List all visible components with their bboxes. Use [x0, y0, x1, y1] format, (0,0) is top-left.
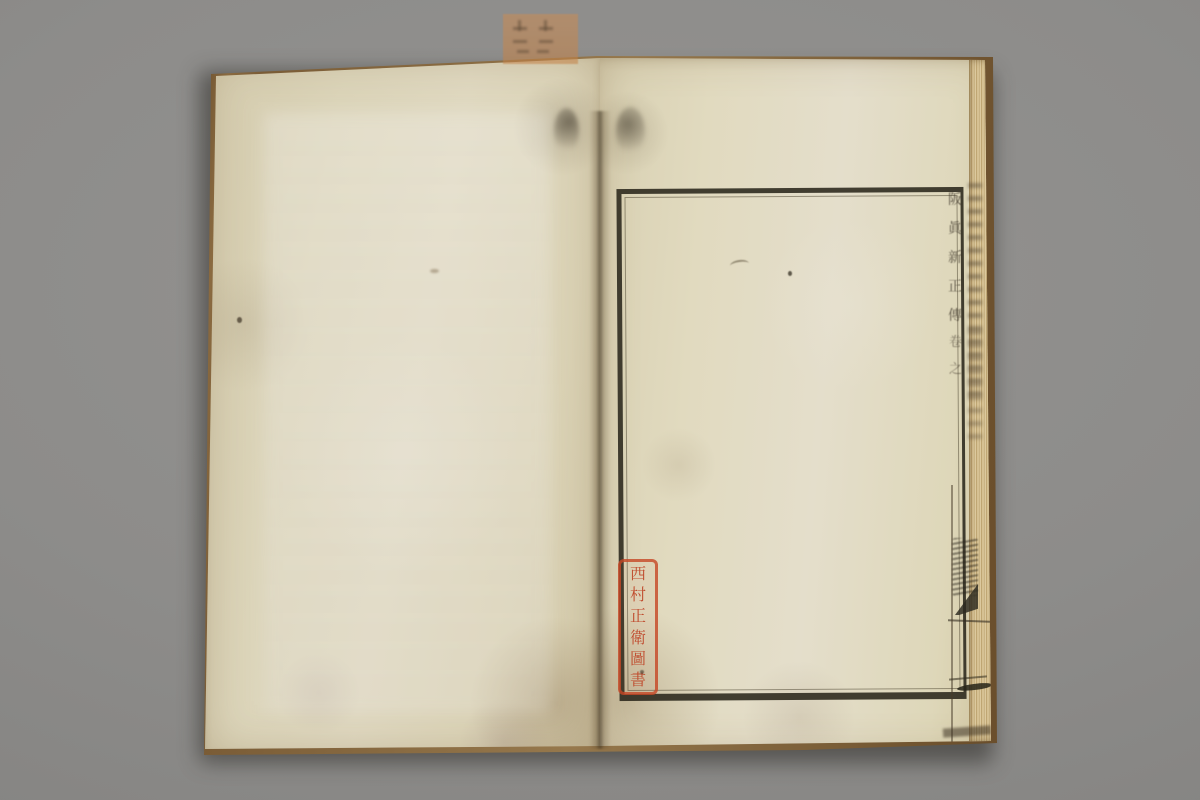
ink-speck — [237, 317, 242, 323]
seal-character: 圖 — [630, 651, 646, 667]
tag-faded-mark — [539, 40, 553, 43]
printed-border-frame — [616, 187, 966, 701]
tag-faded-mark — [517, 50, 529, 53]
photo-backdrop: 西 村 正 衛 圖 書 阪 眞 新 正 傳 卷 之 — [0, 0, 1200, 800]
gutter-ink-smudge — [616, 107, 645, 155]
fore-edge-title-character: 傳 — [948, 305, 962, 325]
left-page — [204, 55, 600, 755]
fore-edge-ink-smudge — [952, 538, 978, 596]
collector-seal: 西 村 正 衛 圖 書 — [618, 559, 658, 695]
tag-faded-mark — [513, 40, 527, 43]
fore-edge-title-character: 正 — [948, 276, 962, 296]
ink-speck — [640, 670, 644, 674]
seal-character: 西 — [630, 566, 646, 582]
paper-stain — [430, 269, 439, 273]
gutter-shadow — [589, 111, 611, 749]
open-book: 西 村 正 衛 圖 書 阪 眞 新 正 傳 卷 之 — [204, 55, 996, 757]
seal-character: 書 — [630, 672, 646, 688]
seal-character: 正 — [630, 608, 646, 624]
seal-character: 衛 — [630, 630, 646, 646]
ink-speck — [788, 271, 792, 276]
fore-edge-title-character: 眞 — [948, 218, 962, 238]
volume-marker-character: 之 — [949, 358, 962, 377]
printed-border-inner-line — [624, 195, 960, 691]
seal-character: 村 — [630, 587, 646, 603]
fore-edge-volume-column: 卷 之 — [946, 331, 965, 377]
volume-marker-character: 卷 — [949, 331, 962, 350]
right-page: 西 村 正 衛 圖 書 阪 眞 新 正 傳 卷 之 — [599, 55, 997, 755]
tag-faded-mark — [518, 20, 521, 31]
fore-edge-ink-smudge — [968, 330, 982, 445]
fore-edge-title-character: 新 — [948, 247, 962, 267]
fore-edge-title-column: 阪 眞 新 正 傳 — [945, 189, 965, 325]
fore-edge-rule-line — [951, 485, 953, 743]
tag-faded-mark — [544, 20, 547, 31]
fore-edge-title-character: 阪 — [948, 189, 962, 209]
tag-faded-mark — [537, 50, 549, 53]
paper-tag — [503, 14, 578, 64]
gutter-ink-smudge — [554, 108, 579, 154]
